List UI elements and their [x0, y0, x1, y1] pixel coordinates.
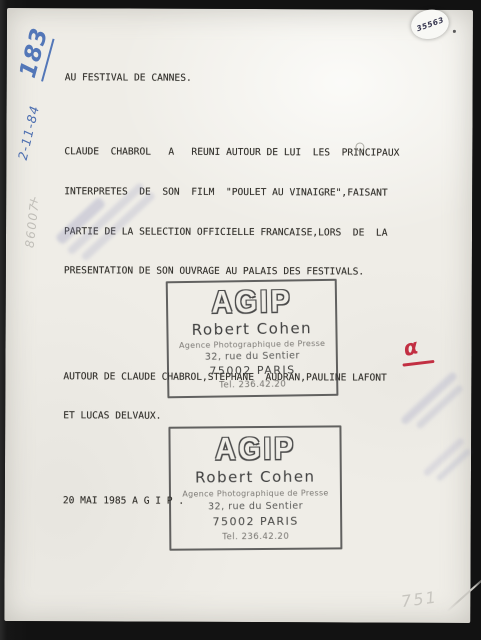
- stamp-photographer-name: Robert Cohen: [192, 319, 313, 339]
- round-archive-sticker: 35563: [408, 6, 451, 42]
- ink-speck: [453, 30, 456, 33]
- handwritten-date: 2-11-84: [14, 101, 43, 165]
- sticker-number: 35563: [415, 15, 445, 33]
- stamp-agency-descriptor: Agence Photographique de Presse: [182, 488, 328, 498]
- stamp-city: 75002 PARIS: [209, 364, 296, 378]
- agip-logotype: AGIP: [215, 434, 296, 465]
- stamp-street-address: 32, rue du Sentier: [208, 501, 303, 513]
- stamp-agency-descriptor: Agence Photographique de Presse: [179, 339, 325, 350]
- handwritten-pencil-number-bottom: 751: [392, 586, 446, 612]
- stamp-street-address: 32, rue du Sentier: [205, 350, 300, 362]
- handwritten-archive-number: 183: [15, 32, 55, 82]
- faint-stamp-fragment: [54, 196, 159, 306]
- faint-pencil-circle: [355, 142, 364, 151]
- agency-stamp-lower: AGIP Robert Cohen Agence Photographique …: [168, 425, 342, 550]
- agip-logotype: AGIP: [211, 286, 292, 318]
- caption-heading: AU FESTIVAL DE CANNES.: [65, 72, 410, 87]
- faint-stamp-strokes: [400, 365, 473, 435]
- stamp-phone: Tel. 236.42.20: [222, 531, 289, 542]
- agency-stamp-upper: AGIP Robert Cohen Agence Photographique …: [166, 279, 339, 399]
- photo-paper-back: AU FESTIVAL DE CANNES. CLAUDE CHABROL A …: [4, 8, 473, 623]
- faint-stamp-fragment: [421, 450, 479, 500]
- stamp-city: 75002 PARIS: [212, 515, 298, 529]
- stamp-phone: Tel. 236.42.20: [219, 379, 286, 390]
- caption-line: ET LUCAS DELVAUX.: [63, 409, 408, 424]
- paper-corner-curl: [447, 576, 481, 612]
- photo-of-press-print-back: AU FESTIVAL DE CANNES. CLAUDE CHABROL A …: [0, 0, 481, 640]
- stamp-photographer-name: Robert Cohen: [195, 467, 316, 486]
